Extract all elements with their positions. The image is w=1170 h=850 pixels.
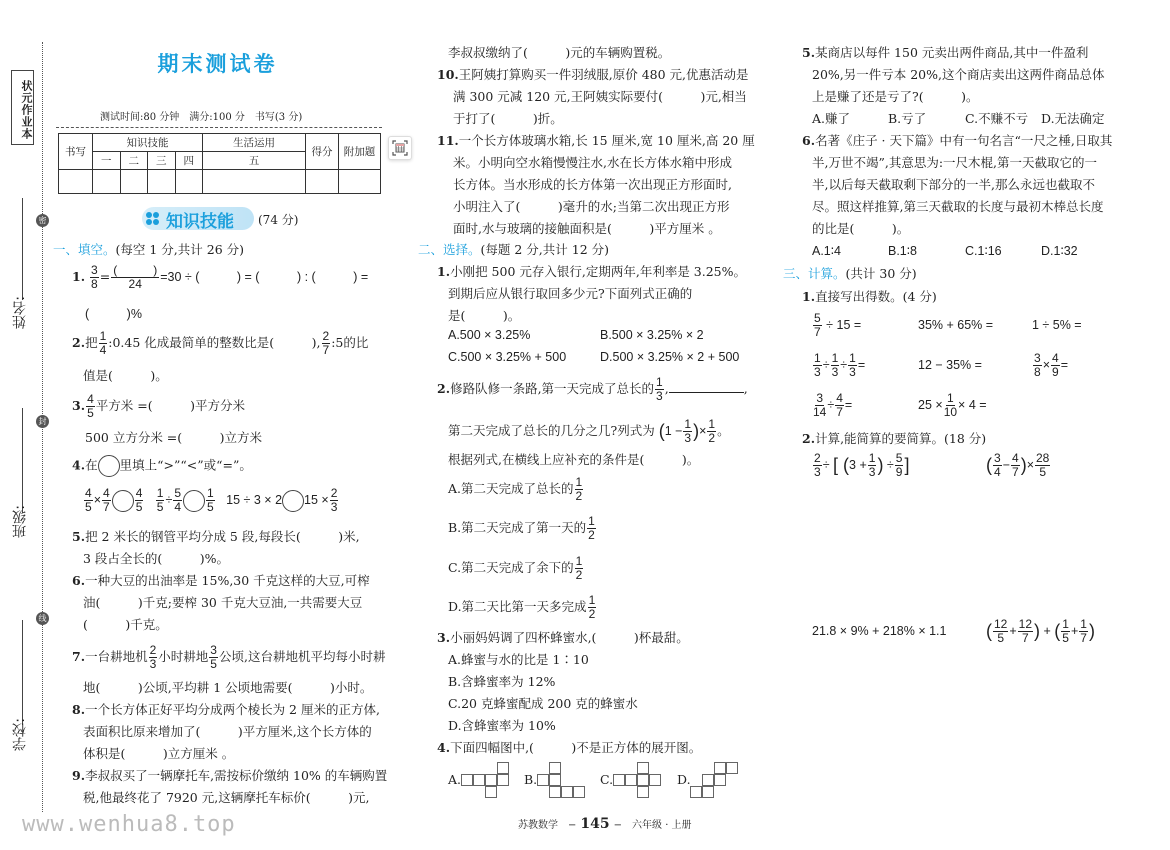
sub-col-3: 三 — [148, 152, 176, 170]
q2-3: 3.小丽妈妈调了四杯蜂蜜水,( )杯最甜。 — [437, 628, 689, 646]
page-number: 145 — [580, 816, 609, 832]
score-cell[interactable] — [203, 170, 306, 194]
seal-mi: 密 — [36, 214, 49, 227]
col-writing: 书写 — [59, 134, 93, 170]
q1-1: 1. 38=( )24=30 ÷ ( ) = ( ) : ( ) = — [72, 264, 368, 291]
q2-5-line3: 上是赚了还是亏了?( )。 — [812, 87, 978, 105]
q2-1-option-d[interactable]: D.500 × 3.25% × 2 + 500 — [600, 350, 739, 364]
q2-3-option-d[interactable]: D.含蜂蜜率为 10% — [448, 716, 556, 734]
school-field-label: 学校: — [10, 718, 30, 751]
q1-5: 5.把 2 米长的钢管平均分成 5 段,每段长( )米, — [72, 527, 360, 545]
q2-5-line2: 20%,另一件亏本 20%,这个商店卖出这两件商品总体 — [812, 65, 1105, 83]
compare-circle[interactable] — [112, 490, 134, 512]
compare-circle[interactable] — [282, 490, 304, 512]
q2-3-option-c[interactable]: C.20 克蜂蜜配成 200 克的蜂蜜水 — [448, 694, 638, 712]
section-banner-label: 知识技能 — [166, 207, 234, 232]
calc-item-3: 1 ÷ 5% = — [1032, 318, 1082, 332]
sub-col-4: 四 — [175, 152, 203, 170]
score-cell[interactable] — [59, 170, 93, 194]
q1-8: 8.一个长方体正好平均分成两个棱长为 2 厘米的正方体, — [72, 700, 380, 718]
q1-5-line2: 3 段占全长的( )%。 — [83, 549, 229, 567]
q1-11-line3: 长方体。当水形成的长方体第一次出现正方形面时, — [453, 175, 732, 193]
calc-item-1: 57 ÷ 15 = — [812, 312, 861, 339]
divider — [56, 127, 382, 128]
q2-2-option-c[interactable]: C.第二天完成了余下的12 — [448, 555, 584, 582]
school-field-line[interactable] — [22, 620, 23, 725]
part2-heading: 二、选择。(每题 2 分,共计 12 分) — [418, 240, 609, 258]
col-score: 得分 — [306, 134, 339, 170]
q1-6-line2: 油( )千克;要榨 30 千克大豆油,一共需要大豆 — [83, 593, 362, 611]
score-cell[interactable] — [175, 170, 203, 194]
q1-4: 4.在里填上“>”“<”或“=”。 — [72, 455, 252, 477]
seal-feng: 封 — [36, 415, 49, 428]
q1-4-expressions: 45×4745 15÷5415 15 ÷ 3 × 215 ×23 — [83, 487, 339, 514]
score-cell[interactable] — [93, 170, 121, 194]
q2-3-option-b[interactable]: B.含蜂蜜率为 12% — [448, 672, 555, 690]
q2-6-option-a[interactable]: A.1∶4 — [812, 243, 841, 258]
table-scan-button[interactable] — [388, 136, 412, 160]
q2-2-line2: 第二天完成了总长的几分之几?列式为 (1 −13)×12。 — [448, 418, 730, 445]
watermark: www.wenhua8.top — [22, 812, 236, 837]
q1-11-line5: 面时,水与玻璃的接触面积是( )平方厘米 。 — [453, 219, 721, 237]
table-scan-icon — [392, 140, 408, 156]
q1-10: 10.王阿姨打算购买一件羽绒服,原价 480 元,优惠活动是 — [437, 65, 749, 83]
q2-5-option-d[interactable]: D.无法确定 — [1041, 109, 1105, 127]
seal-xian: 线 — [36, 612, 49, 625]
group-life: 生活运用 — [203, 134, 306, 152]
q2-4-option-c-label[interactable]: C. — [600, 772, 613, 787]
q1-6: 6.一种大豆的出油率是 15%,30 千克这样的大豆,可榨 — [72, 571, 370, 589]
simplify-item-2: (34−47)×285 — [986, 452, 1051, 479]
name-field-label: 姓名: — [10, 296, 30, 329]
sub-col-5: 五 — [203, 152, 306, 170]
q1-9-line3: 李叔叔缴纳了( )元的车辆购置税。 — [448, 43, 670, 61]
score-table: 书写 知识技能 生活运用 得分 附加题 一 二 三 四 五 — [58, 133, 381, 194]
q2-1-option-a[interactable]: A.500 × 3.25% — [448, 328, 530, 342]
q1-7-line2: 地( )公顷,平均耕 1 公顷地需要( )小时。 — [83, 678, 372, 696]
q2-1-line2: 到期后应从银行取回多少元?下面列式正确的 — [448, 284, 692, 302]
group-knowledge: 知识技能 — [93, 134, 203, 152]
calc-item-5: 12 − 35% = — [918, 358, 982, 372]
score-cell[interactable] — [120, 170, 148, 194]
q2-5-option-a[interactable]: A.赚了 — [812, 109, 850, 127]
page-title: 期末测试卷 — [130, 48, 305, 78]
q1-2-line2: 值是( )。 — [83, 366, 168, 384]
q2-5-option-b[interactable]: B.亏了 — [888, 109, 926, 127]
q2-6-option-b[interactable]: B.1∶8 — [888, 243, 917, 258]
q2-5: 5.某商店以每件 150 元卖出两件商品,其中一件盈利 — [802, 43, 1088, 61]
q2-2: 2.修路队修一条路,第一天完成了总长的13,, — [437, 376, 748, 403]
q1-3-line2: 500 立方分米 =( )立方米 — [85, 428, 262, 446]
calc-item-2: 35% + 65% = — [918, 318, 993, 332]
q1-10-line2: 满 300 元减 120 元,王阿姨实际要付( )元,相当 — [453, 87, 747, 105]
q2-4: 4.下面四幅图中,( )不是正方体的展开图。 — [437, 738, 701, 756]
q2-3-option-a[interactable]: A.蜂蜜与水的比是 1∶10 — [448, 650, 589, 668]
compare-circle[interactable] — [98, 455, 120, 477]
q3-1: 1.直接写出得数。(4 分) — [802, 287, 937, 305]
exam-meta: 测试时间:80 分钟 满分:100 分 书写(3 分) — [100, 108, 302, 123]
q2-2-option-a[interactable]: A.第二天完成了总长的12 — [448, 476, 584, 503]
brand-label: 状元作业本 — [11, 70, 34, 145]
q2-6-line2: 半,万世不竭”,其意思为:一尺木棍,第一天截取它的一 — [812, 153, 1097, 171]
q2-6: 6.名著《庄子 · 天下篇》中有一句名言“一尺之棰,日取其 — [802, 131, 1112, 149]
calc-item-4: 13÷13÷13= — [812, 352, 865, 379]
q2-1-option-b[interactable]: B.500 × 3.25% × 2 — [600, 328, 704, 342]
q2-6-line4: 尽。照这样推算,第三天截取的长度与最初木棒总长度 — [812, 197, 1103, 215]
q1-9: 9.李叔叔买了一辆摩托车,需按标价缴纳 10% 的车辆购置 — [72, 766, 387, 784]
q1-1-line2: ( )% — [85, 304, 142, 322]
score-cell[interactable] — [148, 170, 176, 194]
q1-8-line2: 表面积比原来增加了( )平方厘米,这个长方体的 — [83, 722, 372, 740]
simplify-item-1: 23÷ [ (3 +13) ÷59] — [812, 452, 910, 479]
class-field-label: 班级: — [10, 505, 30, 538]
section-banner-points: (74 分) — [258, 211, 298, 228]
q2-2-option-b[interactable]: B.第二天完成了第一天的12 — [448, 515, 597, 542]
q2-1-line3: 是( )。 — [448, 306, 520, 324]
q2-4-option-b-label[interactable]: B. — [524, 772, 537, 787]
score-cell[interactable] — [339, 170, 381, 194]
name-field-line[interactable] — [22, 198, 23, 300]
q2-6-option-c[interactable]: C.1∶16 — [965, 243, 1002, 258]
col-extra: 附加题 — [339, 134, 381, 170]
compare-circle[interactable] — [183, 490, 205, 512]
calc-item-8: 25 ×110× 4 = — [918, 392, 987, 419]
q1-9-line2: 税,他最终花了 7920 元,这辆摩托车标价( )元, — [83, 788, 369, 806]
q1-11: 11.一个长方体玻璃水箱,长 15 厘米,宽 10 厘米,高 20 厘 — [437, 131, 755, 149]
q1-10-line3: 于打了( )折。 — [453, 109, 563, 127]
q2-4-option-a-label[interactable]: A. — [448, 772, 461, 787]
answer-blank[interactable] — [669, 392, 744, 393]
q2-1-option-c[interactable]: C.500 × 3.25% + 500 — [448, 350, 566, 364]
sub-col-1: 一 — [93, 152, 121, 170]
q1-6-line3: ( )千克。 — [83, 615, 168, 633]
q1-7: 7.一台耕地机23小时耕地35公顷,这台耕地机平均每小时耕 — [72, 644, 385, 671]
part1-heading: 一、填空。(每空 1 分,共计 26 分) — [53, 240, 244, 258]
q3-2: 2.计算,能简算的要简算。(18 分) — [802, 429, 986, 447]
flower-icon — [146, 212, 160, 226]
q2-1: 1.小刚把 500 元存入银行,定期两年,年利率是 3.25%。 — [437, 262, 746, 280]
calc-item-7: 314÷47= — [812, 392, 852, 419]
part3-heading: 三、计算。(共计 30 分) — [783, 264, 917, 282]
q1-8-line3: 体积是( )立方厘米 。 — [83, 744, 234, 762]
simplify-item-3: 21.8 × 9% + 218% × 1.1 — [812, 624, 946, 638]
q2-5-option-c[interactable]: C.不赚不亏 — [965, 109, 1028, 127]
q2-6-option-d[interactable]: D.1∶32 — [1041, 243, 1078, 258]
sub-col-2: 二 — [120, 152, 148, 170]
q1-3: 3.45平方米 =( )平方分米 — [72, 393, 245, 420]
q2-2-line3: 根据列式,在横线上应补充的条件是( )。 — [448, 450, 699, 468]
class-field-line[interactable] — [22, 408, 23, 513]
q2-6-line3: 半,以后每天截取剩下部分的一半,那么永远也截取不 — [812, 175, 1095, 193]
q2-6-line5: 的比是( )。 — [812, 219, 909, 237]
calc-item-6: 38×49= — [1032, 352, 1068, 379]
q2-2-option-d[interactable]: D.第二天比第一天多完成12 — [448, 594, 597, 621]
q2-4-option-d-label[interactable]: D. — [677, 772, 691, 787]
score-cell[interactable] — [306, 170, 339, 194]
q1-11-line4: 小明注入了( )毫升的水;当第二次出现正方形 — [453, 197, 729, 215]
q1-11-line2: 米。小明向空水箱慢慢注水,水在长方体水箱中形成 — [453, 153, 732, 171]
page-footer: 苏教数学 −145− 六年级 · 上册 — [518, 816, 692, 832]
simplify-item-4: (125+127) + (15+17) — [986, 618, 1095, 645]
q1-2: 2.把14:0.45 化成最简单的整数比是( ),27:5的比 — [72, 330, 368, 357]
